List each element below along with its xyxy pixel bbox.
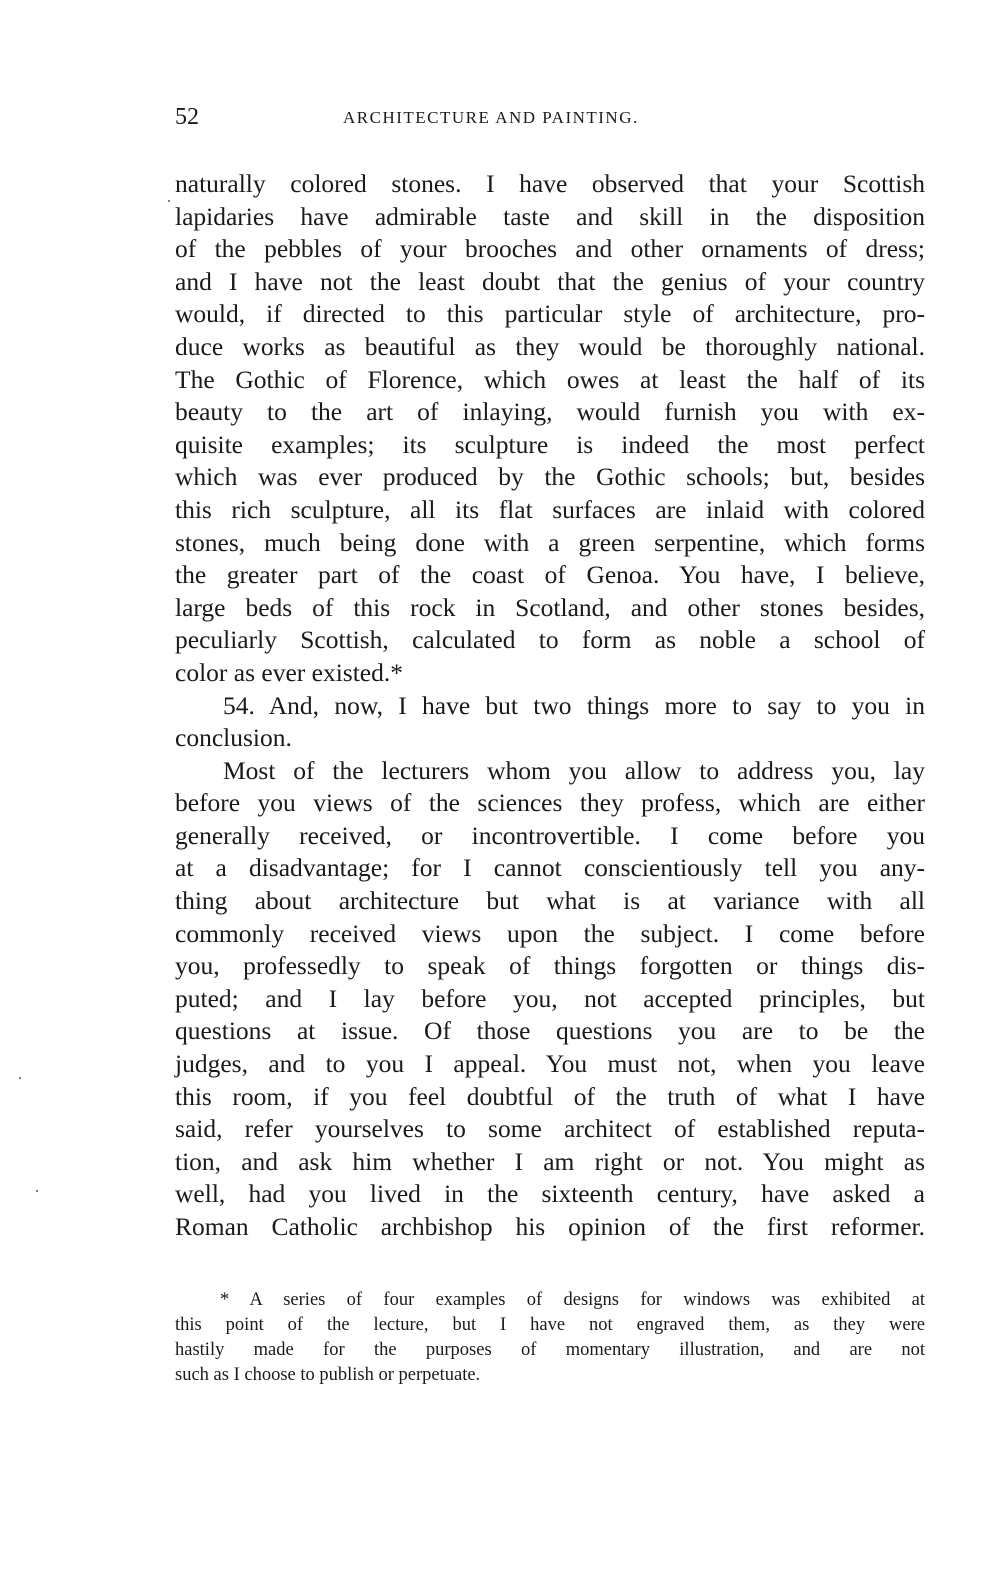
footnote-line: hastily made for the purposes of momenta… — [175, 1338, 925, 1363]
text-line: this rich sculpture, all its flat surfac… — [175, 494, 925, 527]
text-line: lapidaries have admirable taste and skil… — [175, 201, 925, 234]
scan-speck — [168, 200, 170, 202]
text-line: color as ever existed.* — [175, 657, 925, 690]
text-line: of the pebbles of your brooches and othe… — [175, 233, 925, 266]
text-line: questions at issue. Of those questions y… — [175, 1015, 925, 1048]
text-line: tion, and ask him whether I am right or … — [175, 1146, 925, 1179]
text-line: conclusion. — [175, 722, 925, 755]
footnote-line: this point of the lecture, but I have no… — [175, 1313, 925, 1338]
text-line: Roman Catholic archbishop his opinion of… — [175, 1211, 925, 1244]
text-line: you, professedly to speak of things forg… — [175, 950, 925, 983]
text-line: before you views of the sciences they pr… — [175, 787, 925, 820]
text-line: quisite examples; its sculpture is indee… — [175, 429, 925, 462]
text-line: and I have not the least doubt that the … — [175, 266, 925, 299]
text-line: would, if directed to this particular st… — [175, 298, 925, 331]
text-line: well, had you lived in the sixteenth cen… — [175, 1178, 925, 1211]
running-head: ARCHITECTURE AND PAINTING. — [343, 108, 639, 128]
footnote: * A series of four examples of designs f… — [175, 1288, 925, 1388]
text-line: said, refer yourselves to some architect… — [175, 1113, 925, 1146]
text-line: duce works as beautiful as they would be… — [175, 331, 925, 364]
text-line: the greater part of the coast of Genoa. … — [175, 559, 925, 592]
text-line: commonly received views upon the subject… — [175, 918, 925, 951]
text-line: large beds of this rock in Scotland, and… — [175, 592, 925, 625]
page-header: 52 ARCHITECTURE AND PAINTING. — [175, 104, 925, 134]
text-line: naturally colored stones. I have observe… — [175, 168, 925, 201]
text-line: generally received, or incontrovertible.… — [175, 820, 925, 853]
text-line: this room, if you feel doubtful of the t… — [175, 1081, 925, 1114]
text-line: peculiarly Scottish, calculated to form … — [175, 624, 925, 657]
text-line: at a disadvantage; for I cannot conscien… — [175, 852, 925, 885]
footnote-line: * A series of four examples of designs f… — [175, 1288, 925, 1313]
section-54-start: 54. And, now, I have but two things more… — [175, 690, 925, 723]
scan-speck — [19, 1077, 21, 1079]
text-line: which was ever produced by the Gothic sc… — [175, 461, 925, 494]
text-line: judges, and to you I appeal. You must no… — [175, 1048, 925, 1081]
text-line: thing about architecture but what is at … — [175, 885, 925, 918]
text-line: stones, much being done with a green ser… — [175, 527, 925, 560]
body-text: naturally colored stones. I have observe… — [175, 168, 925, 1244]
scan-speck — [36, 1190, 38, 1192]
paragraph-start: Most of the lecturers whom you allow to … — [175, 755, 925, 788]
text-line: beauty to the art of inlaying, would fur… — [175, 396, 925, 429]
text-line: The Gothic of Florence, which owes at le… — [175, 364, 925, 397]
text-line: puted; and I lay before you, not accepte… — [175, 983, 925, 1016]
page-number: 52 — [175, 104, 199, 131]
footnote-line: such as I choose to publish or perpetuat… — [175, 1363, 925, 1388]
